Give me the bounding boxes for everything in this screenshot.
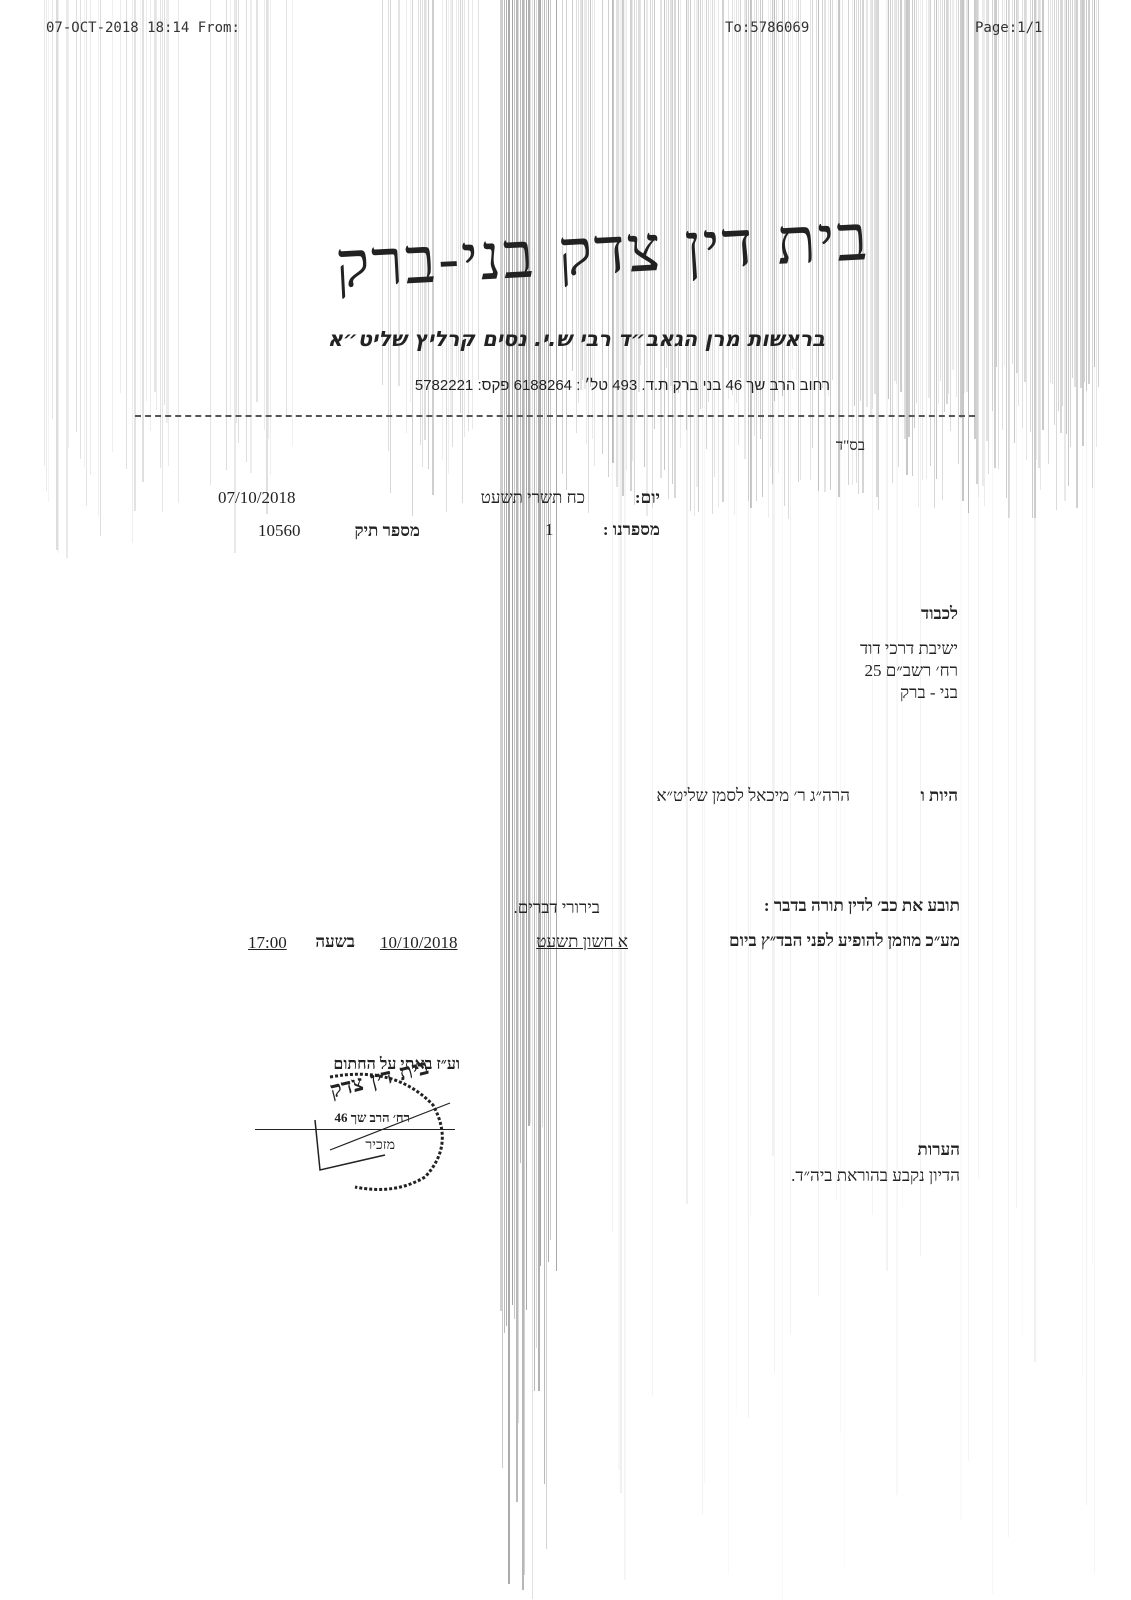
claim-subject: בירורי דברים.: [480, 898, 600, 918]
appear-gregorian-date: 10/10/2018: [380, 933, 457, 953]
fax-header: 07-OCT-2018 18:14 From: To:5786069 Page:…: [0, 20, 1131, 40]
signature-line: [255, 1129, 455, 1130]
gregorian-date: 07/10/2018: [218, 488, 295, 508]
letterhead-subtitle: בראשות מרן הגאב״ד רבי ש.י. נסים קרליץ של…: [290, 327, 825, 351]
day-label: יום:: [600, 488, 660, 508]
plaintiff-label: היות ו: [880, 786, 958, 806]
plaintiff-name: הרה״ג ר׳ מיכאל לסמן שליט״א: [580, 786, 850, 806]
notes-text: הדיון נקבע בהוראת ביה״ד.: [700, 1166, 960, 1186]
our-number-label: מספרנו :: [570, 520, 660, 540]
letterhead-title: בית דין צדק בני-ברק: [333, 201, 871, 303]
appear-label: מע״כ מוזמן להופיע לפני הבד״ץ ביום: [630, 931, 960, 951]
recipient-address: ישיבת דרכי דוד רח׳ רשב״ם 25 בני - ברק: [780, 638, 958, 704]
header-mark: בס"ד: [800, 438, 865, 455]
recipient-line: ישיבת דרכי דוד: [780, 638, 958, 660]
our-number: 1: [545, 520, 554, 540]
claim-label: תובע את כב׳ לדין תורה בדבר :: [705, 896, 960, 916]
recipient-line: בני - ברק: [780, 682, 958, 704]
stamp-bottom-text: מזכיר: [330, 1138, 395, 1154]
recipient-salutation: לכבוד: [850, 604, 958, 624]
recipient-line: רח׳ רשב״ם 25: [780, 660, 958, 682]
appear-time: 17:00: [248, 933, 287, 953]
fax-to: To:5786069: [725, 20, 809, 36]
hebrew-date: כח תשרי תשעט: [430, 488, 585, 508]
fax-datetime: 07-OCT-2018 18:14 From:: [46, 20, 240, 36]
letterhead-address: רחוב הרב שך 46 בני ברק ת.ד. 493 טל׳ : 61…: [300, 377, 830, 394]
stamp-mid-text: רח׳ הרב שך 46: [300, 1110, 410, 1126]
appear-hebrew-date: א חשון תשעט: [510, 932, 628, 952]
notes-label: הערות: [860, 1140, 960, 1160]
file-number-label: מספר תיק: [320, 521, 420, 541]
letterhead-divider: [135, 415, 975, 417]
time-label: בשעה: [300, 932, 355, 952]
fax-page: Page:1/1: [975, 20, 1042, 36]
file-number: 10560: [258, 521, 301, 541]
